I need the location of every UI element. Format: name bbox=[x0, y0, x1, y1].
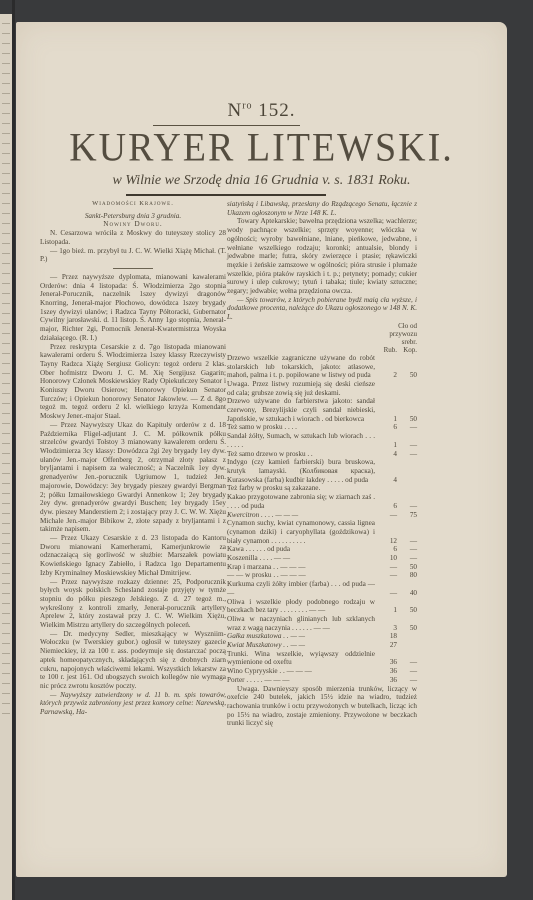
row-desc: Sandał żółty, Sumach, w sztukach lub wio… bbox=[227, 432, 375, 449]
row-rub: 3 bbox=[375, 615, 397, 632]
row-desc: Kwercitron . . . . — — — bbox=[227, 511, 375, 520]
tariff-header-units: Rub. Kop. bbox=[227, 346, 417, 354]
row-desc: Indygo (czy kamień farbierski) bura brus… bbox=[227, 458, 375, 484]
dateline: w Wilnie we Srzodę dnia 16 Grudnia v. s.… bbox=[16, 173, 507, 189]
row-desc: Też samo drzewo w prosku . . bbox=[227, 450, 375, 459]
tariff-row: Porter . . . . . — — —36— bbox=[227, 676, 417, 685]
row-kop: — bbox=[397, 667, 417, 676]
kop-header: Kop. bbox=[397, 346, 417, 354]
adjacent-page-edge bbox=[0, 14, 12, 900]
row-rub: 4 bbox=[375, 458, 397, 484]
row-desc: Trunki. Wina wszelkie, wyiąwszy oddzieln… bbox=[227, 650, 375, 667]
row-desc: Uwaga. Przez listwy rozumieją się deski … bbox=[227, 380, 375, 397]
row-kop: 50 bbox=[397, 598, 417, 615]
tariff-row: Trunki. Wina wszelkie, wyiąwszy oddzieln… bbox=[227, 650, 417, 667]
row-rub: 10 bbox=[375, 554, 397, 563]
tariff-row: Drzewo używane do farbierstwa jakoto: sa… bbox=[227, 397, 417, 423]
row-desc: Oliwa w naczyniach glinianych lub szklan… bbox=[227, 615, 375, 632]
tariff-row: Też samo drzewo w prosku . .4— bbox=[227, 450, 417, 459]
closing-note: Uwaga. Dawnieyszy sposób mierzenia trunk… bbox=[227, 685, 417, 729]
newspaper-title: KURYER LITEWSKI. bbox=[16, 125, 507, 171]
row-desc: Gałka muszkatowa . . — — bbox=[227, 632, 375, 641]
row-rub: 1 bbox=[375, 397, 397, 423]
issue-number-value: 152. bbox=[258, 100, 295, 121]
row-kop: 40 bbox=[397, 580, 417, 597]
section-heading: Wiadomości Krajowe. bbox=[40, 200, 226, 209]
row-kop: 75 bbox=[397, 511, 417, 520]
tariff-row: Kawa . . . . . . od puda6— bbox=[227, 545, 417, 554]
tariff-table: Cło od przywozu srebr. Rub. Kop. Drzewo … bbox=[227, 322, 417, 685]
row-rub: 6 bbox=[375, 423, 397, 432]
binding-spine bbox=[12, 0, 15, 900]
row-desc: Kwiat Muszkatowy . . — — bbox=[227, 641, 375, 650]
place-date: Sankt-Petersburg dnia 3 grudnia. bbox=[40, 212, 226, 221]
tariff-row: Kakao przygotowane zabronia się; w ziarn… bbox=[227, 493, 417, 510]
row-rub: 36 bbox=[375, 676, 397, 685]
tariff-row: Sandał żółty, Sumach, w sztukach lub wio… bbox=[227, 432, 417, 449]
row-rub: 4 bbox=[375, 450, 397, 459]
tariff-row: Oliwa i wszelkie płody podobnego rodzaju… bbox=[227, 598, 417, 615]
article-paragraph: — Przez Naywyższy Ukaz do Kapituły order… bbox=[40, 421, 226, 534]
row-rub: 27 bbox=[375, 641, 397, 650]
row-desc: Krap i marzana . . — — — bbox=[227, 563, 375, 572]
tariff-row: Krap i marzana . . — — ——50 bbox=[227, 563, 417, 572]
row-rub: 36 bbox=[375, 650, 397, 667]
row-rub: 36 bbox=[375, 667, 397, 676]
article-paragraph: — Przez Ukazy Cesarskie z d. 23 listopad… bbox=[40, 534, 226, 578]
article-paragraph: — Przez naywyższe dyplomata, mianowani k… bbox=[40, 273, 226, 343]
row-kop: — bbox=[397, 545, 417, 554]
row-rub: 1 bbox=[375, 432, 397, 449]
row-kop bbox=[397, 458, 417, 484]
issue-number: Nro 152. bbox=[16, 100, 507, 122]
article-paragraph: — 1go bież. m. przybył tu J. C. W. Wielk… bbox=[40, 247, 226, 264]
row-kop: — bbox=[397, 650, 417, 667]
masthead-rule-bottom bbox=[126, 194, 326, 196]
tariff-row: Gałka muszkatowa . . — —18 bbox=[227, 632, 417, 641]
row-desc: Kurkuma czyli żółty imbier (farba) . . .… bbox=[227, 580, 375, 597]
duty-label: Cło od przywozu srebr. bbox=[375, 322, 417, 346]
subheading: Nowiny Dworu. bbox=[40, 220, 226, 229]
row-desc: Koszenilla . . . . — — bbox=[227, 554, 375, 563]
row-rub: — bbox=[375, 511, 397, 520]
row-desc: Porter . . . . . — — — bbox=[227, 676, 375, 685]
row-desc: Wino Cypryyskie . . — — — bbox=[227, 667, 375, 676]
row-kop bbox=[397, 632, 417, 641]
issue-sup: ro bbox=[242, 101, 252, 112]
newspaper-page: Nro 152. KURYER LITEWSKI. w Wilnie we Sr… bbox=[16, 22, 507, 877]
tariff-row: Wino Cypryyskie . . — — —36— bbox=[227, 667, 417, 676]
row-kop bbox=[397, 380, 417, 397]
row-kop: 50 bbox=[397, 397, 417, 423]
tariff-row: — — w prosku . . — — ——80 bbox=[227, 571, 417, 580]
row-desc: — — w prosku . . — — — bbox=[227, 571, 375, 580]
row-kop: — bbox=[397, 493, 417, 510]
row-kop: — bbox=[397, 519, 417, 545]
row-desc: Też samo w prosku . . . . bbox=[227, 423, 375, 432]
row-kop: 80 bbox=[397, 571, 417, 580]
row-rub: 1 bbox=[375, 598, 397, 615]
row-rub: 6 bbox=[375, 545, 397, 554]
row-kop: 50 bbox=[397, 615, 417, 632]
row-kop: — bbox=[397, 450, 417, 459]
continuation-text: siatyńską i Libawską, przesłany do Rządz… bbox=[227, 200, 417, 217]
row-desc: Też farby w prosku są zakazane. bbox=[227, 484, 375, 493]
tariff-row: Cynamon suchy, kwiat cynamonowy, cassia … bbox=[227, 519, 417, 545]
tariff-intro: — Spis towarów, z których pobierane bydź… bbox=[227, 296, 417, 322]
row-rub bbox=[375, 484, 397, 493]
row-kop: — bbox=[397, 554, 417, 563]
article-paragraph: — Dr. medycyny Sedler, mieszkający w Wys… bbox=[40, 630, 226, 691]
apothecary-goods: Towary Aptekarskie; bawełna przędziona w… bbox=[227, 217, 417, 295]
article-paragraph: — Przez naywyższe rozkazy dzienne: 25, P… bbox=[40, 578, 226, 630]
issue-prefix: N bbox=[227, 100, 242, 121]
article-paragraph: — Naywyższy zatwierdzony w d. 11 b. m. s… bbox=[40, 691, 226, 717]
tariff-row: Kwiat Muszkatowy . . — —27 bbox=[227, 641, 417, 650]
tariff-header: Cło od przywozu srebr. bbox=[227, 322, 417, 346]
row-kop: — bbox=[397, 432, 417, 449]
left-column: Wiadomości Krajowe. Sankt-Petersburg dni… bbox=[40, 200, 226, 717]
row-desc: Drzewo wszelkie zagraniczne używane do r… bbox=[227, 354, 375, 380]
tariff-row: Kwercitron . . . . — — ——75 bbox=[227, 511, 417, 520]
row-rub: — bbox=[375, 580, 397, 597]
row-kop bbox=[397, 484, 417, 493]
tariff-row: Kurkuma czyli żółty imbier (farba) . . .… bbox=[227, 580, 417, 597]
tariff-row: Też samo w prosku . . . .6— bbox=[227, 423, 417, 432]
right-column: siatyńską i Libawską, przesłany do Rządz… bbox=[227, 200, 417, 728]
row-desc: Kakao przygotowane zabronia się; w ziarn… bbox=[227, 493, 375, 510]
row-kop: — bbox=[397, 423, 417, 432]
row-desc: Cynamon suchy, kwiat cynamonowy, cassia … bbox=[227, 519, 375, 545]
row-rub bbox=[375, 380, 397, 397]
article-paragraph: Przez reskrypta Cesarskie z d. 7go listo… bbox=[40, 343, 226, 421]
article-paragraph: N. Cesarzowa wróciła z Moskwy do tuteysz… bbox=[40, 229, 226, 246]
row-desc: Oliwa i wszelkie płody podobnego rodzaju… bbox=[227, 598, 375, 615]
row-kop: 50 bbox=[397, 354, 417, 380]
tariff-row: Indygo (czy kamień farbierski) bura brus… bbox=[227, 458, 417, 484]
tariff-row: Oliwa w naczyniach glinianych lub szklan… bbox=[227, 615, 417, 632]
tariff-row: Drzewo wszelkie zagraniczne używane do r… bbox=[227, 354, 417, 380]
row-kop bbox=[397, 641, 417, 650]
tariff-row: Koszenilla . . . . — —10— bbox=[227, 554, 417, 563]
row-rub: 18 bbox=[375, 632, 397, 641]
row-desc: Drzewo używane do farbierstwa jakoto: sa… bbox=[227, 397, 375, 423]
row-kop: 50 bbox=[397, 563, 417, 572]
row-desc: Kawa . . . . . . od puda bbox=[227, 545, 375, 554]
row-rub: — bbox=[375, 571, 397, 580]
rub-header: Rub. bbox=[375, 346, 397, 354]
tariff-row: Uwaga. Przez listwy rozumieją się deski … bbox=[227, 380, 417, 397]
row-rub: 12 bbox=[375, 519, 397, 545]
divider bbox=[113, 268, 153, 269]
tariff-row: Też farby w prosku są zakazane. bbox=[227, 484, 417, 493]
row-kop: — bbox=[397, 676, 417, 685]
row-rub: 6 bbox=[375, 493, 397, 510]
row-rub: 2 bbox=[375, 354, 397, 380]
row-rub: — bbox=[375, 563, 397, 572]
